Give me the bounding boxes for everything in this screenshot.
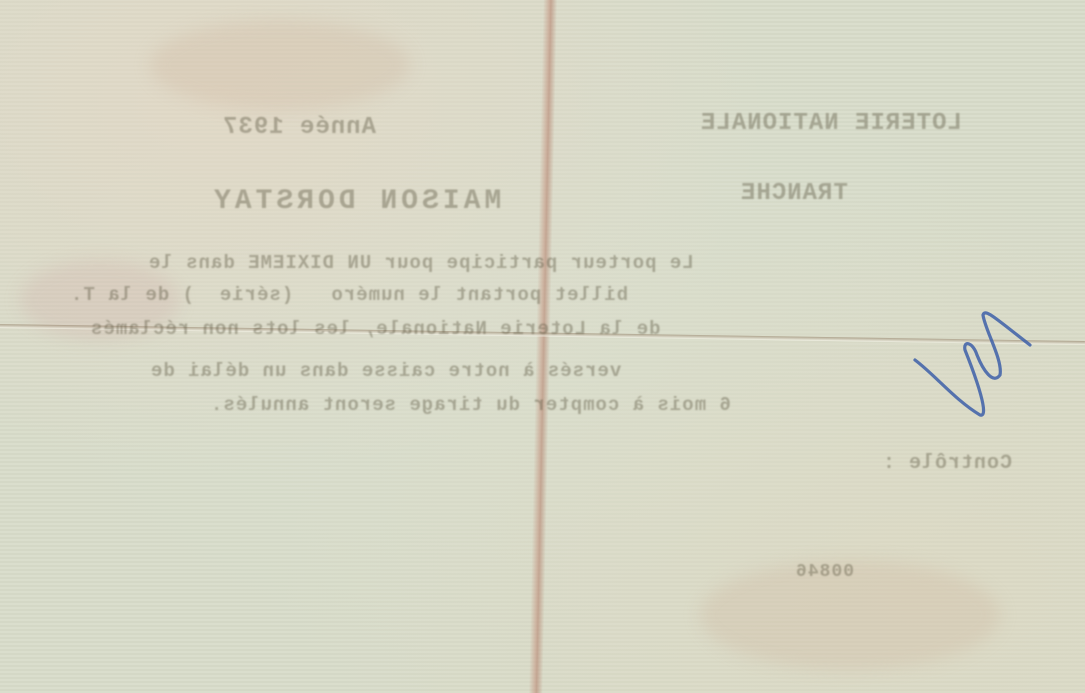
handwritten-blue-mark-icon xyxy=(905,300,1045,425)
body-line-3: de la Loterie Nationale, les lots non ré… xyxy=(90,316,661,343)
tranche-label: TRANCHE xyxy=(740,180,848,207)
control-label: Contrôle : xyxy=(882,452,1012,475)
body-line-4: versés à notre caisse dans un délai de xyxy=(150,358,621,385)
body-line-5: 6 mois à compter du tirage seront annulé… xyxy=(210,392,731,419)
house-name: MAISON DORSTAY xyxy=(210,186,501,217)
serial-number: 00846 xyxy=(795,562,854,582)
body-line-1: Le porteur participe pour UN DIXIEME dan… xyxy=(148,250,694,277)
header-lottery-name: LOTERIE NATIONALE xyxy=(700,110,962,137)
body-line-2: billet portant le numéro (série ) de la … xyxy=(70,282,628,309)
age-stain xyxy=(150,20,410,110)
header-year: Année 1937 xyxy=(222,114,376,141)
